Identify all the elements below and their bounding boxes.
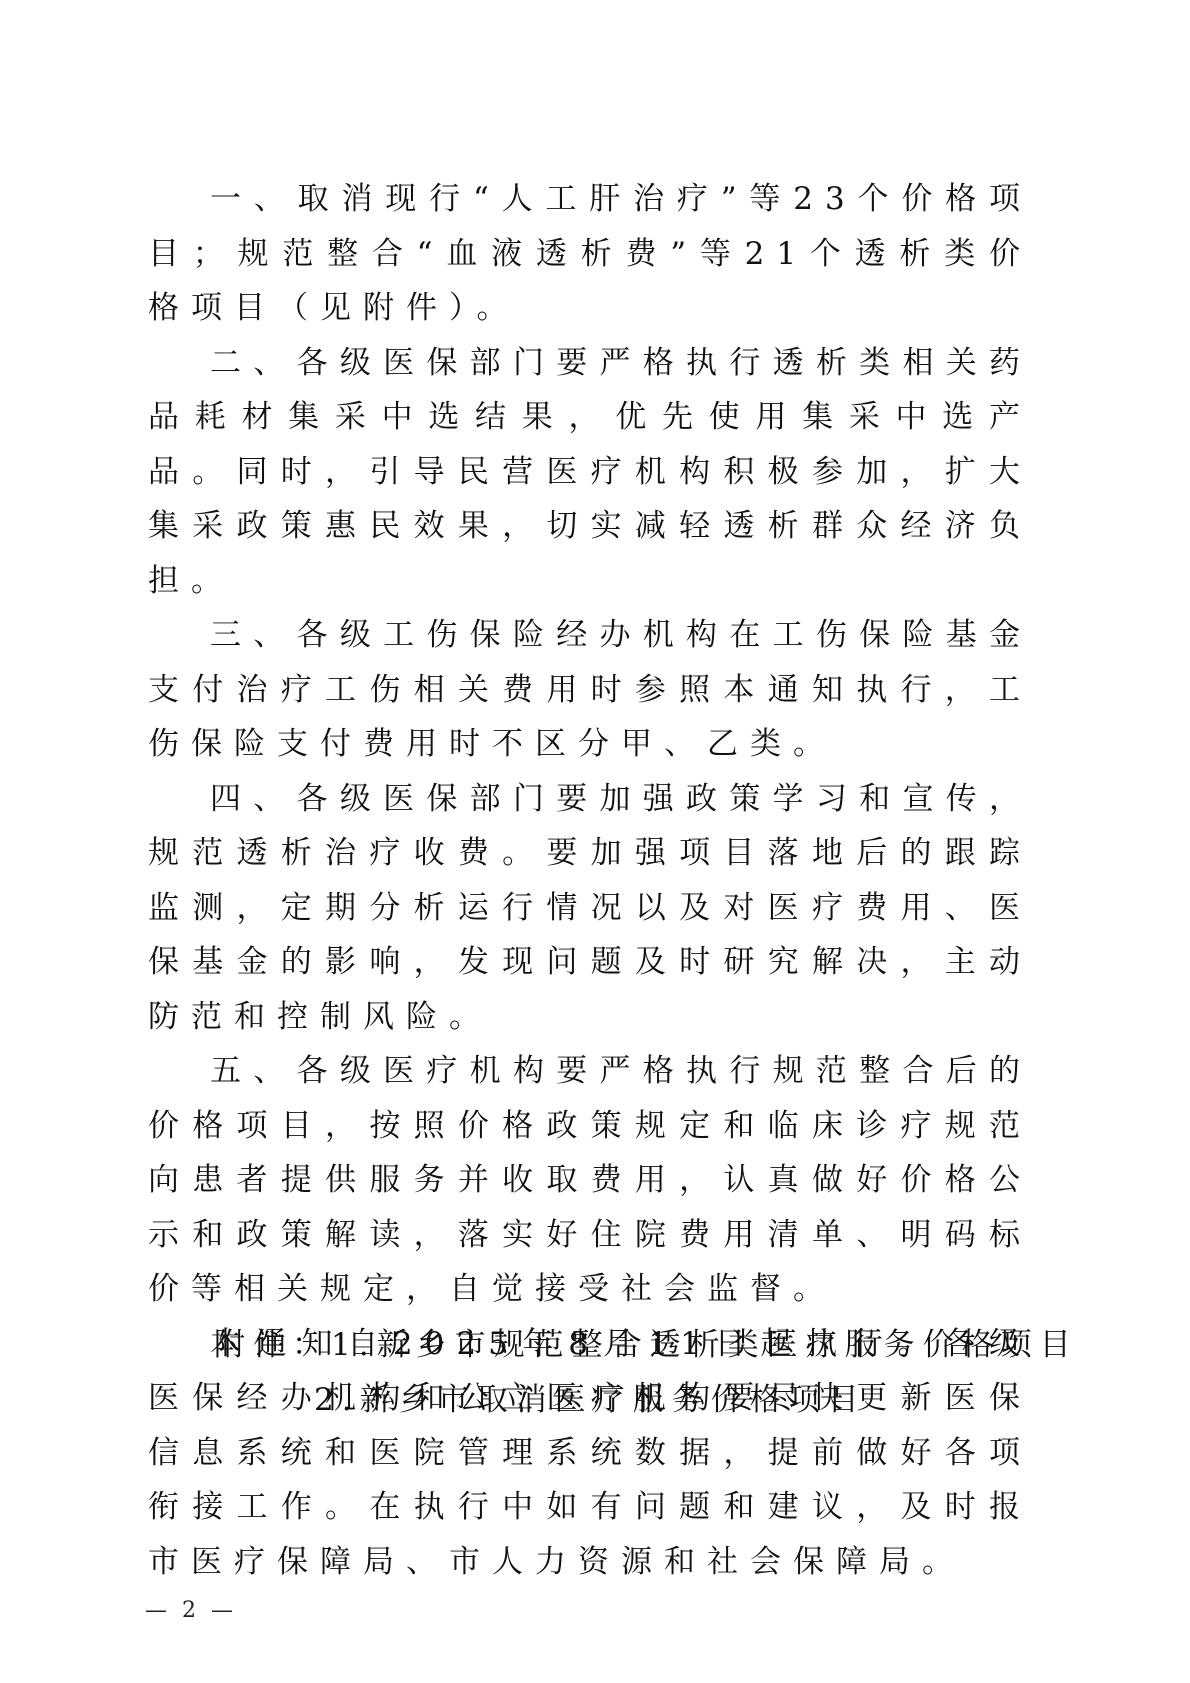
document-page: 一、取消现行“人工肝治疗”等23个价格项目；规范整合“血液透析费”等21个透析类… xyxy=(0,0,1190,1683)
attachment-item: 1.新乡市规范整合透析类医疗服务价格项目 xyxy=(331,1327,1079,1363)
attachment-row-2: 2.新乡市取消医疗服务价格项目 xyxy=(214,1373,1079,1428)
paragraph-institution-pricing: 五、各级医疗机构要严格执行规范整合后的价格项目，按照价格政策规定和临床诊疗规范向… xyxy=(148,1044,1032,1317)
attachments-label: 附件： xyxy=(214,1327,331,1363)
paragraph-cancel-items: 一、取消现行“人工肝治疗”等23个价格项目；规范整合“血液透析费”等21个透析类… xyxy=(148,172,1032,336)
attachment-row-1: 附件：1.新乡市规范整合透析类医疗服务价格项目 xyxy=(214,1318,1079,1373)
paragraph-policy-publicity: 四、各级医保部门要加强政策学习和宣传，规范透析治疗收费。要加强项目落地后的跟踪监… xyxy=(148,772,1032,1045)
paragraph-procurement: 二、各级医保部门要严格执行透析类相关药品耗材集采中选结果，优先使用集采中选产品。… xyxy=(148,336,1032,609)
page-number: — 2 — xyxy=(145,1598,237,1623)
attachments-section: 附件：1.新乡市规范整合透析类医疗服务价格项目 2.新乡市取消医疗服务价格项目 xyxy=(214,1318,1079,1428)
attachment-item: 2.新乡市取消医疗服务价格项目 xyxy=(314,1382,867,1418)
paragraph-work-injury: 三、各级工伤保险经办机构在工伤保险基金支付治疗工伤相关费用时参照本通知执行，工伤… xyxy=(148,608,1032,772)
